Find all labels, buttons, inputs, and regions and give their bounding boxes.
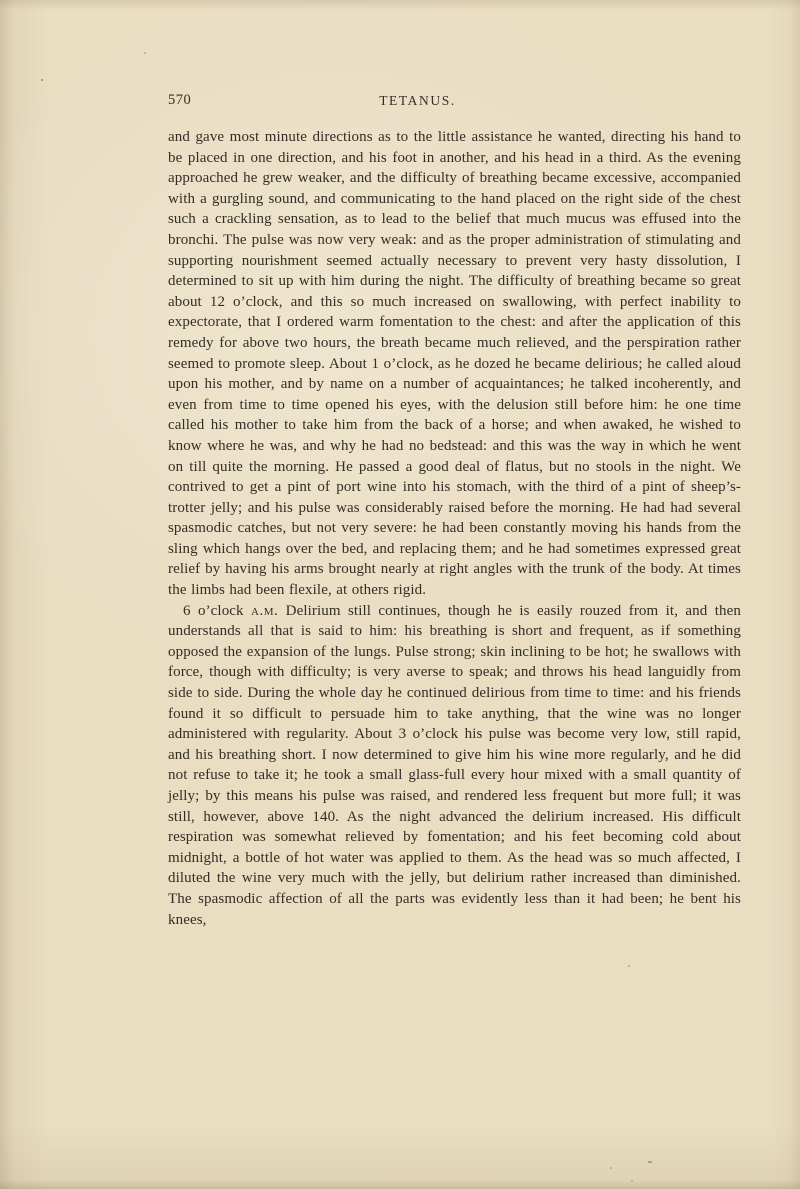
paper-speck — [144, 52, 146, 54]
am-smallcaps: a.m. — [251, 603, 278, 619]
paper-speck — [628, 965, 630, 967]
scanned-book-page: 570 TETANUS. and gave most minute direct… — [0, 0, 800, 1189]
paragraph-continuation: and gave most minute directions as to th… — [168, 127, 741, 601]
paragraph-time-prefix: 6 o’clock — [183, 603, 251, 619]
paper-speck — [648, 1161, 652, 1163]
paper-speck — [631, 1180, 633, 1182]
paper-speck — [41, 79, 43, 81]
paragraph-rest: Delirium still continues, though he is e… — [168, 603, 741, 928]
page-header: 570 TETANUS. — [168, 92, 741, 114]
paper-speck — [610, 1167, 612, 1169]
body-text: and gave most minute directions as to th… — [168, 127, 741, 930]
paragraph-6-oclock: 6 o’clock a.m. Delirium still continues,… — [168, 601, 741, 931]
running-head-title: TETANUS. — [131, 93, 704, 109]
